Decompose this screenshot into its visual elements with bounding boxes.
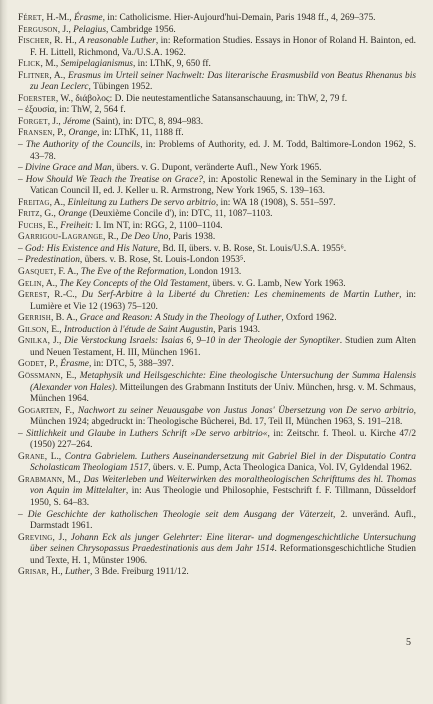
work-title: Orange [58,209,87,219]
bibliography-entry: Garrigou-Lagrange, R., De Deo Uno, Paris… [18,232,416,244]
work-title: The Eve of the Reformation [81,267,184,277]
bibliography-entry: – ἐξουσία, in: ThW, 2, 564 f. [18,105,416,117]
entry-text: , R.-C., [47,290,81,300]
entry-text: , in: WA 18 (1908), S. 551–597. [216,198,336,208]
work-title: Semipelagianismus [61,59,133,69]
bibliography-entry: Fischer, R. H., A reasonable Luther, in:… [18,36,416,59]
bibliography-entry: Fuchs, E., Freiheit: I. Im NT, in: RGG, … [18,221,416,233]
entry-text: , in: LThK, 9, 650 ff. [133,59,211,69]
bibliography-entry: Forget, J., Jérome (Saint), in: DTC, 8, … [18,117,416,129]
entry-text: , P., [53,128,69,138]
author-name: Garrigou-Lagrange [18,232,103,242]
bibliography-entry: Gogarten, F., Nachwort zu seiner Neuausg… [18,406,416,429]
work-title: De Deo Uno [121,232,168,242]
bibliography-entry: – God: His Existence and His Nature, Bd.… [18,244,416,256]
entry-text: , in: Catholicisme. Hier-Aujourd'hui-Dem… [103,13,376,23]
author-name: Godet [18,359,44,369]
entry-text: – [18,140,26,150]
work-title: Orange [68,128,97,138]
entry-text: , Bd. II, übers. v. B. Rose, St. Louis/U… [158,244,346,254]
author-name: Gasquet [18,267,54,277]
entry-text: , übers. v. E. Pump, Acta Theologica Dan… [148,463,412,473]
entry-text: , J., [53,533,71,543]
author-name: Grane [18,452,45,462]
entry-text: , J., [48,117,63,127]
author-name: Féret [18,13,42,23]
work-title: Pelagius [73,25,106,35]
bibliography-entry: Gerrish, B. A., Grace and Reason: A Stud… [18,313,416,325]
entry-text: (Deuxième Concile d'), in: DTC, 11, 1087… [87,209,273,219]
entry-text: , Paris 1943. [213,325,260,335]
author-name: Flitner [18,71,49,81]
entry-text: , Cambridge 1956. [106,25,176,35]
entry-text: , Paris 1938. [168,232,215,242]
entry-text: , E., [47,325,64,335]
author-name: Gerrish [18,313,51,323]
bibliography-entry: Gössmann, E., Metaphysik und Heilsgeschi… [18,371,416,406]
work-title: God: His Existence and His Nature [25,244,158,254]
entry-text: , in: DTC, 5, 388–397. [89,359,174,369]
entry-text: , G., [40,209,59,219]
entry-text: , R., [103,232,121,242]
work-title: Nachwort zu seiner Neuausgabe von Justus… [78,406,414,416]
author-name: Gnilka [18,336,48,346]
bibliography-entry: Fritz, G., Orange (Deuxième Concile d'),… [18,209,416,221]
bibliography-entry: Féret, H.-M., Érasme, in: Catholicisme. … [18,13,416,25]
entry-text: , in: LThK, 11, 1188 ff. [97,128,184,138]
book-page: Féret, H.-M., Érasme, in: Catholicisme. … [0,0,433,704]
bibliography-entry: Flick, M., Semipelagianismus, in: LThK, … [18,59,416,71]
entry-text: , übers. v. G. Dupont, veränderte Aufl.,… [112,163,322,173]
author-name: Forget [18,117,48,127]
page-edge-shadow [0,0,8,704]
bibliography-entry: Gilson, E., Introduction à l'étude de Sa… [18,325,416,337]
bibliography-entry: – Sittlichkeit und Glaube in Luthers Sch… [18,429,416,452]
work-title: Du Serf-Arbitre à la Liberté du Chretien… [82,290,400,300]
entry-text: , A., [42,279,60,289]
entry-text: , übers. v. B. Rose, St. Louis-London 19… [80,255,246,265]
page-number: 5 [406,637,411,649]
entry-text: , M., [41,59,61,69]
bibliography-entry: Grisar, H., Luther, 3 Bde. Freiburg 1911… [18,567,416,579]
work-title: Introduction à l'étude de Saint Augustin [64,325,213,335]
bibliography-entry: – How Should We Teach the Treatise on Gr… [18,175,416,198]
bibliography-entry: Freitag, A., Einleitung zu Luthers De se… [18,198,416,210]
work-title: Divine Grace and Man [25,163,112,173]
bibliography-entry: Gasquet, F. A., The Eve of the Reformati… [18,267,416,279]
author-name: Freitag [18,198,50,208]
author-name: Grabmann [18,475,62,485]
entry-text: , P., [44,359,60,369]
entry-text: , E., [43,221,60,231]
bibliography-entry: Flitner, A., Erasmus im Urteil seiner Na… [18,71,416,94]
bibliography-entry: – Divine Grace and Man, übers. v. G. Dup… [18,163,416,175]
author-name: Flick [18,59,41,69]
entry-text: (Saint), in: DTC, 8, 894–983. [90,117,203,127]
entry-text: , H.-M., [42,13,74,23]
bibliography-entry: Godet, P., Érasme, in: DTC, 5, 388–397. [18,359,416,371]
entry-text: , W., διάβολος: D. Die neutestamentliche… [56,94,347,104]
author-name: Gelin [18,279,42,289]
entry-text: – [18,175,26,185]
work-title: Die Geschichte der katholischen Theologi… [28,510,333,520]
author-name: Fransen [18,128,53,138]
work-title: Die Verstockung Israels: Isaias 6, 9–10 … [64,336,339,346]
work-title: The Authority of the Councils [26,140,140,150]
bibliography-entry: Ferguson, J., Pelagius, Cambridge 1956. [18,25,416,37]
entry-text: , 3 Bde. Freiburg 1911/12. [90,567,189,577]
entry-text: , E., [61,371,80,381]
bibliography-entry: – Predestination, übers. v. B. Rose, St.… [18,255,416,267]
author-name: Gilson [18,325,47,335]
entry-text: , B. A., [51,313,80,323]
author-name: Fischer [18,36,49,46]
work-title: Predestination [25,255,80,265]
entry-text: – [18,244,25,254]
entry-text: , Tübingen 1952. [88,82,152,92]
entry-text: – ἐξουσία, in: ThW, 2, 564 f. [18,105,126,115]
author-name: Gerest [18,290,47,300]
entry-text: – [18,255,25,265]
author-name: Fritz [18,209,40,219]
work-title: Einleitung zu Luthers De servo arbitrio [68,198,216,208]
entry-text: , übers. v. G. Lamb, New York 1963. [208,279,346,289]
entry-text: – [18,510,28,520]
author-name: Gössmann [18,371,61,381]
work-title: Érasme [74,13,103,23]
work-title: Érasme [60,359,89,369]
entry-text: , F. A., [54,267,81,277]
work-title: Freiheit: [60,221,93,231]
work-title: Luther [65,567,90,577]
entry-text: I. Im NT, in: RGG, 2, 1100–1104. [93,221,222,231]
bibliography-entry: – The Authority of the Councils, in: Pro… [18,140,416,163]
entry-text: – [18,163,25,173]
bibliography-entry: Foerster, W., διάβολος: D. Die neutestam… [18,94,416,106]
author-name: Ferguson [18,25,58,35]
entry-text: , A., [50,198,68,208]
entry-text: , London 1913. [184,267,241,277]
work-title: How Should We Teach the Treatise on Grac… [26,175,203,185]
entry-text: , F., [59,406,78,416]
entry-text: , J., [58,25,73,35]
author-name: Gogarten [18,406,59,416]
author-name: Grisar [18,567,47,577]
entry-text: , A., [49,71,68,81]
work-title: Grace and Reason: A Study in the Theolog… [80,313,281,323]
entry-text: , H., [47,567,66,577]
work-title: The Key Concepts of the Old Testament [60,279,208,289]
entry-text: , R. H., [49,36,79,46]
bibliography-entry: Gerest, R.-C., Du Serf-Arbitre à la Libe… [18,290,416,313]
bibliography-entry: Fransen, P., Orange, in: LThK, 11, 1188 … [18,128,416,140]
entry-text: , L., [45,452,65,462]
work-title: Sittlichkeit und Glaube in Luthers Schri… [26,429,267,439]
bibliography-entry: Greving, J., Johann Eck als junger Geleh… [18,533,416,568]
entry-text: , M., [62,475,84,485]
entry-text: , J., [48,336,65,346]
author-name: Greving [18,533,53,543]
work-title: Jérome [63,117,90,127]
bibliography-list: Féret, H.-M., Érasme, in: Catholicisme. … [18,13,416,579]
entry-text: , Oxford 1962. [281,313,336,323]
bibliography-entry: – Die Geschichte der katholischen Theolo… [18,510,416,533]
author-name: Fuchs [18,221,43,231]
work-title: A reasonable Luther [79,36,156,46]
bibliography-entry: Gnilka, J., Die Verstockung Israels: Isa… [18,336,416,359]
author-name: Foerster [18,94,56,104]
bibliography-entry: Grane, L., Contra Gabrielem. Luthers Aus… [18,452,416,475]
bibliography-entry: Grabmann, M., Das Weiterleben und Weiter… [18,475,416,510]
bibliography-entry: Gelin, A., The Key Concepts of the Old T… [18,279,416,291]
